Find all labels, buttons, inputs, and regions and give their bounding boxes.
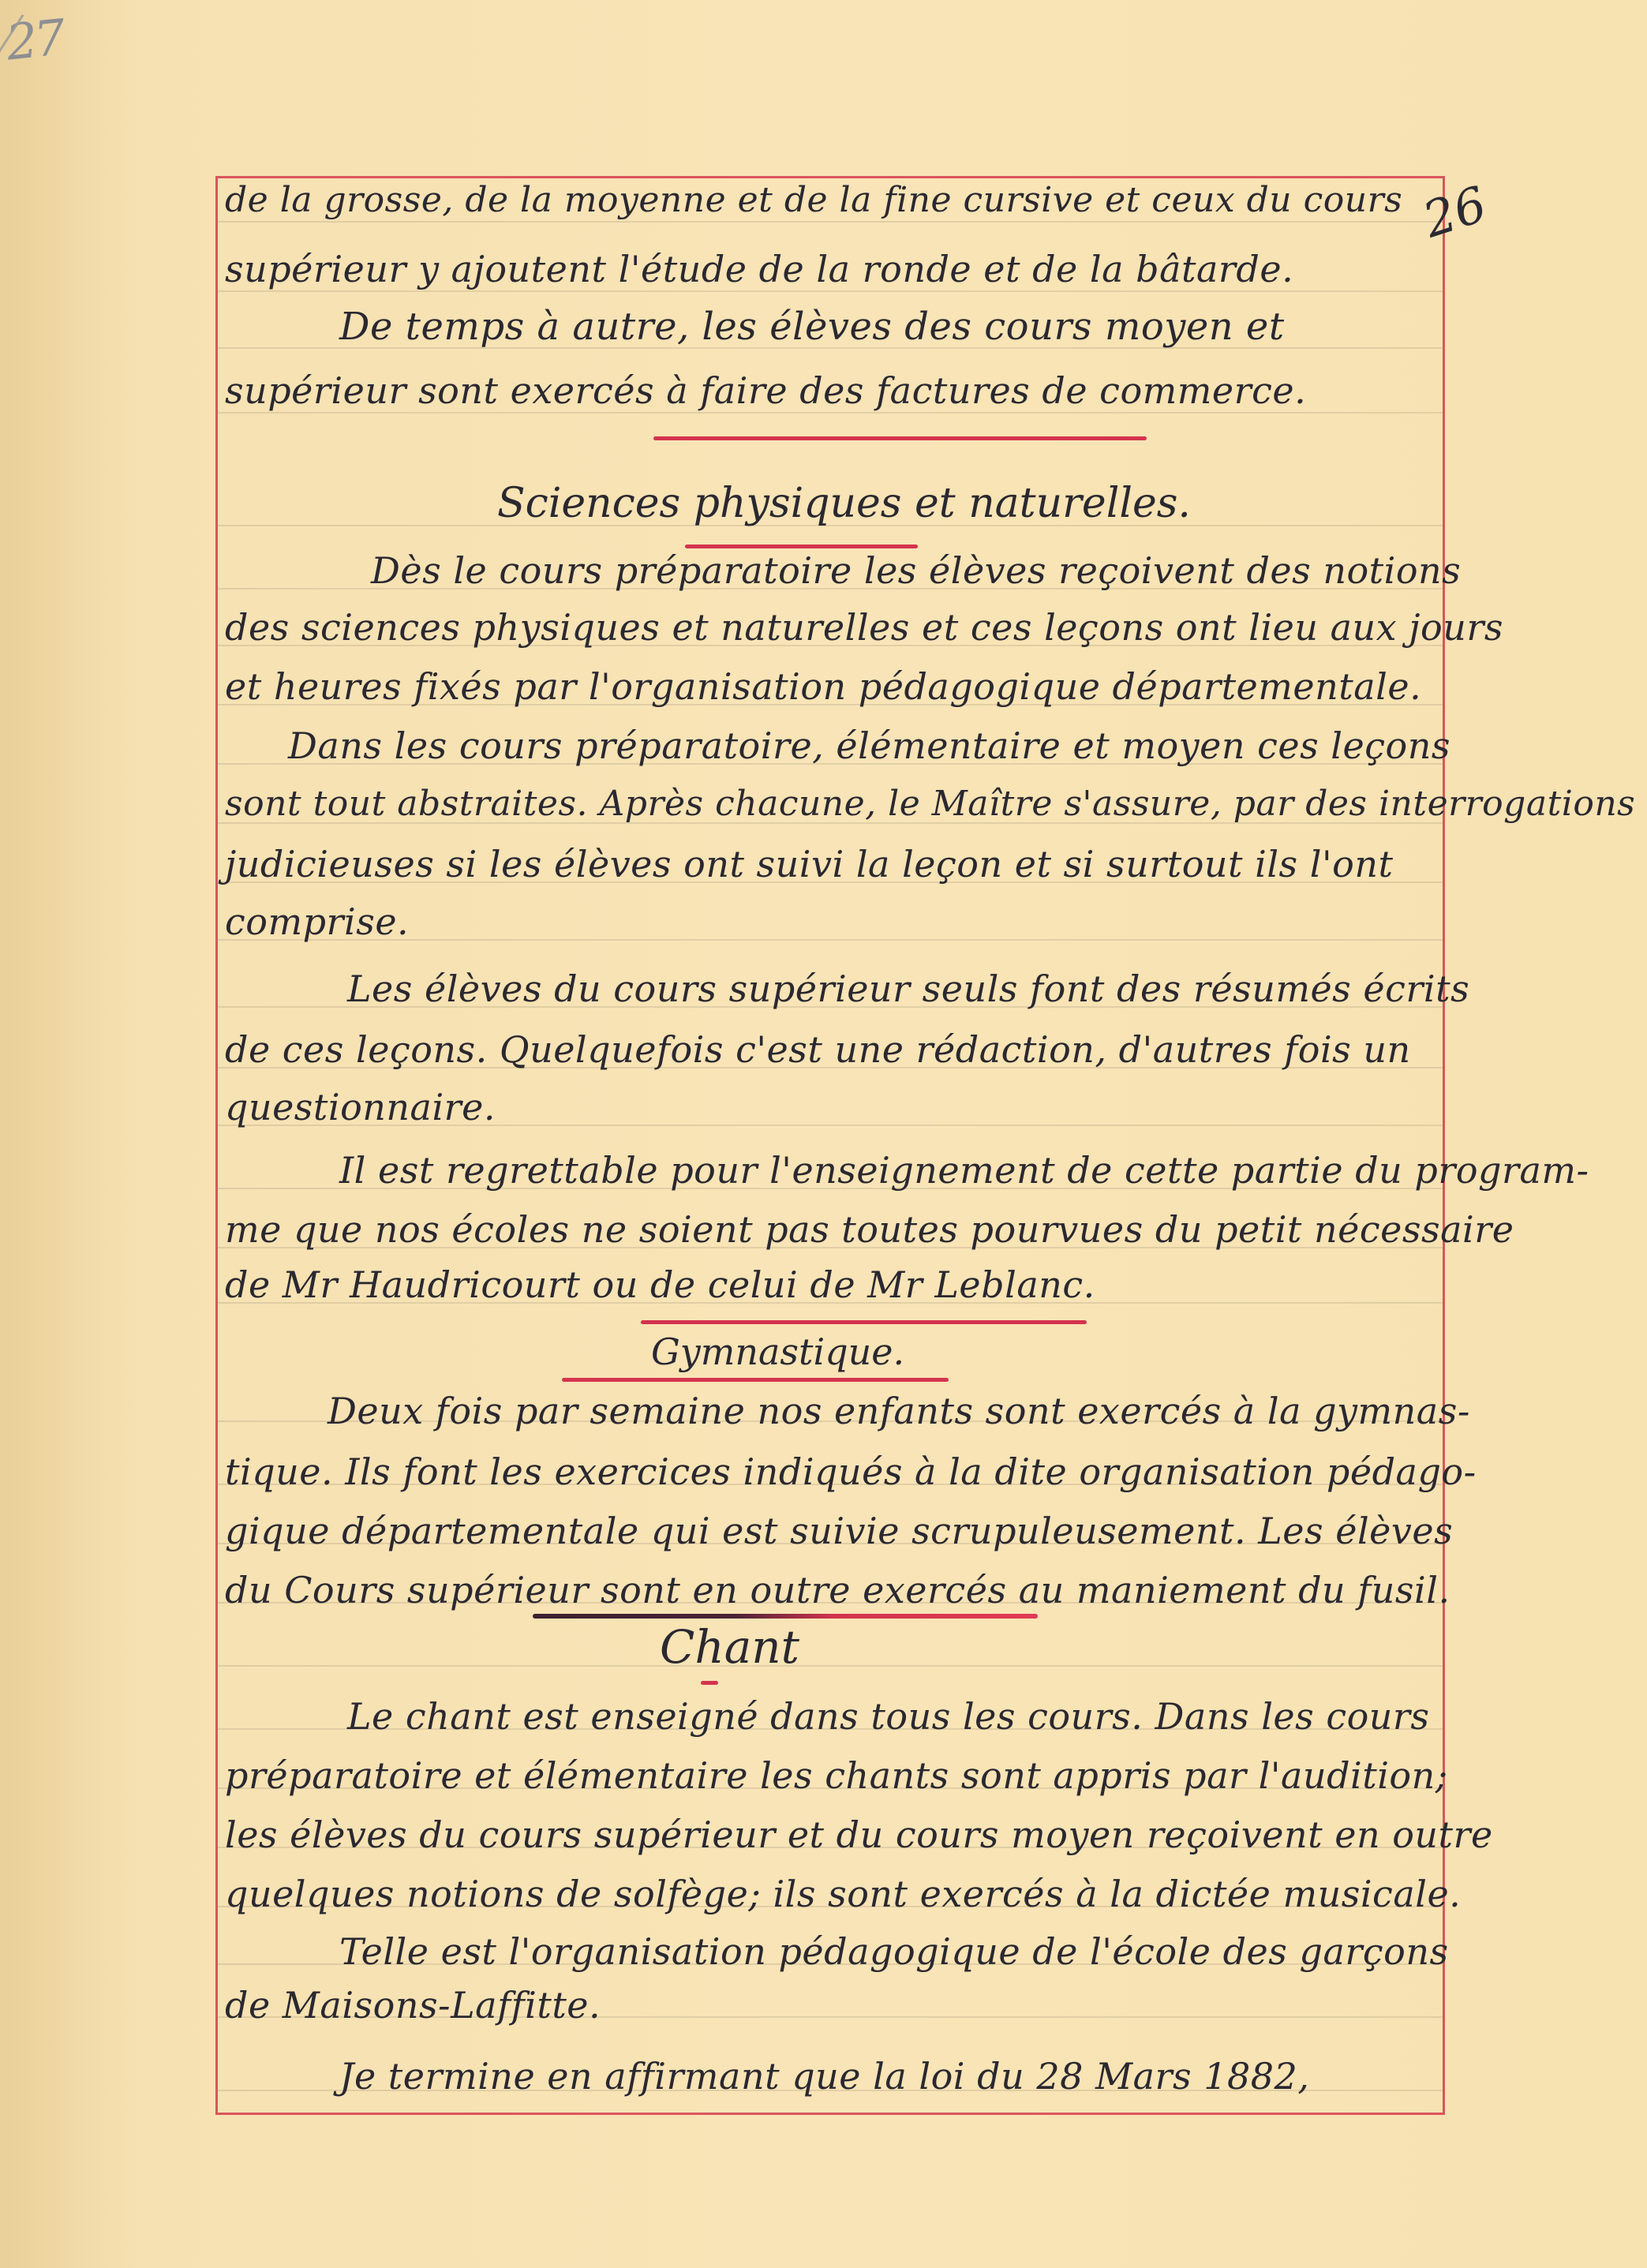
text-line: judicieuses si les élèves ont suivi la l… [225, 846, 1393, 882]
text-line: des sciences physiques et naturelles et … [225, 609, 1503, 646]
pencil-folio-number: 27 [3, 8, 65, 71]
section-separator [653, 436, 1147, 440]
heading-underline [701, 1681, 718, 1685]
text-line: Dès le cours préparatoire les élèves reç… [371, 552, 1461, 589]
text-line: supérieur sont exercés à faire des factu… [225, 372, 1306, 409]
ruled-line [218, 1665, 1443, 1667]
text-line: préparatoire et élémentaire les chants s… [225, 1757, 1448, 1794]
text-line: sont tout abstraites. Après chacune, le … [225, 787, 1635, 821]
text-line: Je termine en affirmant que la loi du 28… [339, 2058, 1309, 2094]
text-line: questionnaire. [225, 1089, 496, 1125]
text-line: du Cours supérieur sont en outre exercés… [225, 1572, 1450, 1608]
binding-gutter [0, 0, 150, 2268]
section-separator [641, 1320, 1087, 1324]
text-line: comprise. [225, 904, 409, 940]
text-line: Dans les cours préparatoire, élémentaire… [288, 728, 1450, 764]
text-line: et heures fixés par l'organisation pédag… [225, 668, 1421, 705]
text-line: de la grosse, de la moyenne et de la fin… [225, 183, 1402, 218]
heading-underline [562, 1378, 949, 1382]
section-separator [533, 1614, 1038, 1619]
ruled-line [218, 221, 1443, 223]
text-line: Les élèves du cours supérieur seuls font… [347, 971, 1469, 1007]
text-line: Il est regrettable pour l'enseignement d… [339, 1152, 1589, 1188]
section-heading-chant: Chant [660, 1624, 799, 1670]
text-line: Telle est l'organisation pédagogique de … [339, 1933, 1449, 1970]
text-line: me que nos écoles ne soient pas toutes p… [225, 1211, 1514, 1248]
text-line: quelques notions de solfège; ils sont ex… [225, 1876, 1461, 1912]
text-line: supérieur y ajoutent l'étude de la ronde… [225, 251, 1293, 287]
text-line: De temps à autre, les élèves des cours m… [339, 308, 1285, 346]
section-heading-sciences: Sciences physiques et naturelles. [497, 483, 1191, 524]
text-line: de Maisons-Laffitte. [225, 1987, 601, 2023]
text-line: gique départementale qui est suivie scru… [225, 1513, 1453, 1549]
text-line: Le chant est enseigné dans tous les cour… [347, 1698, 1430, 1735]
heading-underline [685, 545, 918, 548]
text-line: Deux fois par semaine nos enfants sont e… [328, 1393, 1470, 1429]
text-line: de Mr Haudricourt ou de celui de Mr Lebl… [225, 1267, 1095, 1303]
text-line: tique. Ils font les exercices indiqués à… [225, 1454, 1477, 1490]
ruled-line [218, 412, 1443, 414]
text-line: de ces leçons. Quelquefois c'est une réd… [225, 1031, 1411, 1068]
section-heading-gymnastique: Gymnastique. [651, 1334, 904, 1370]
text-line: les élèves du cours supérieur et du cour… [225, 1817, 1493, 1853]
ruled-line [218, 290, 1443, 292]
